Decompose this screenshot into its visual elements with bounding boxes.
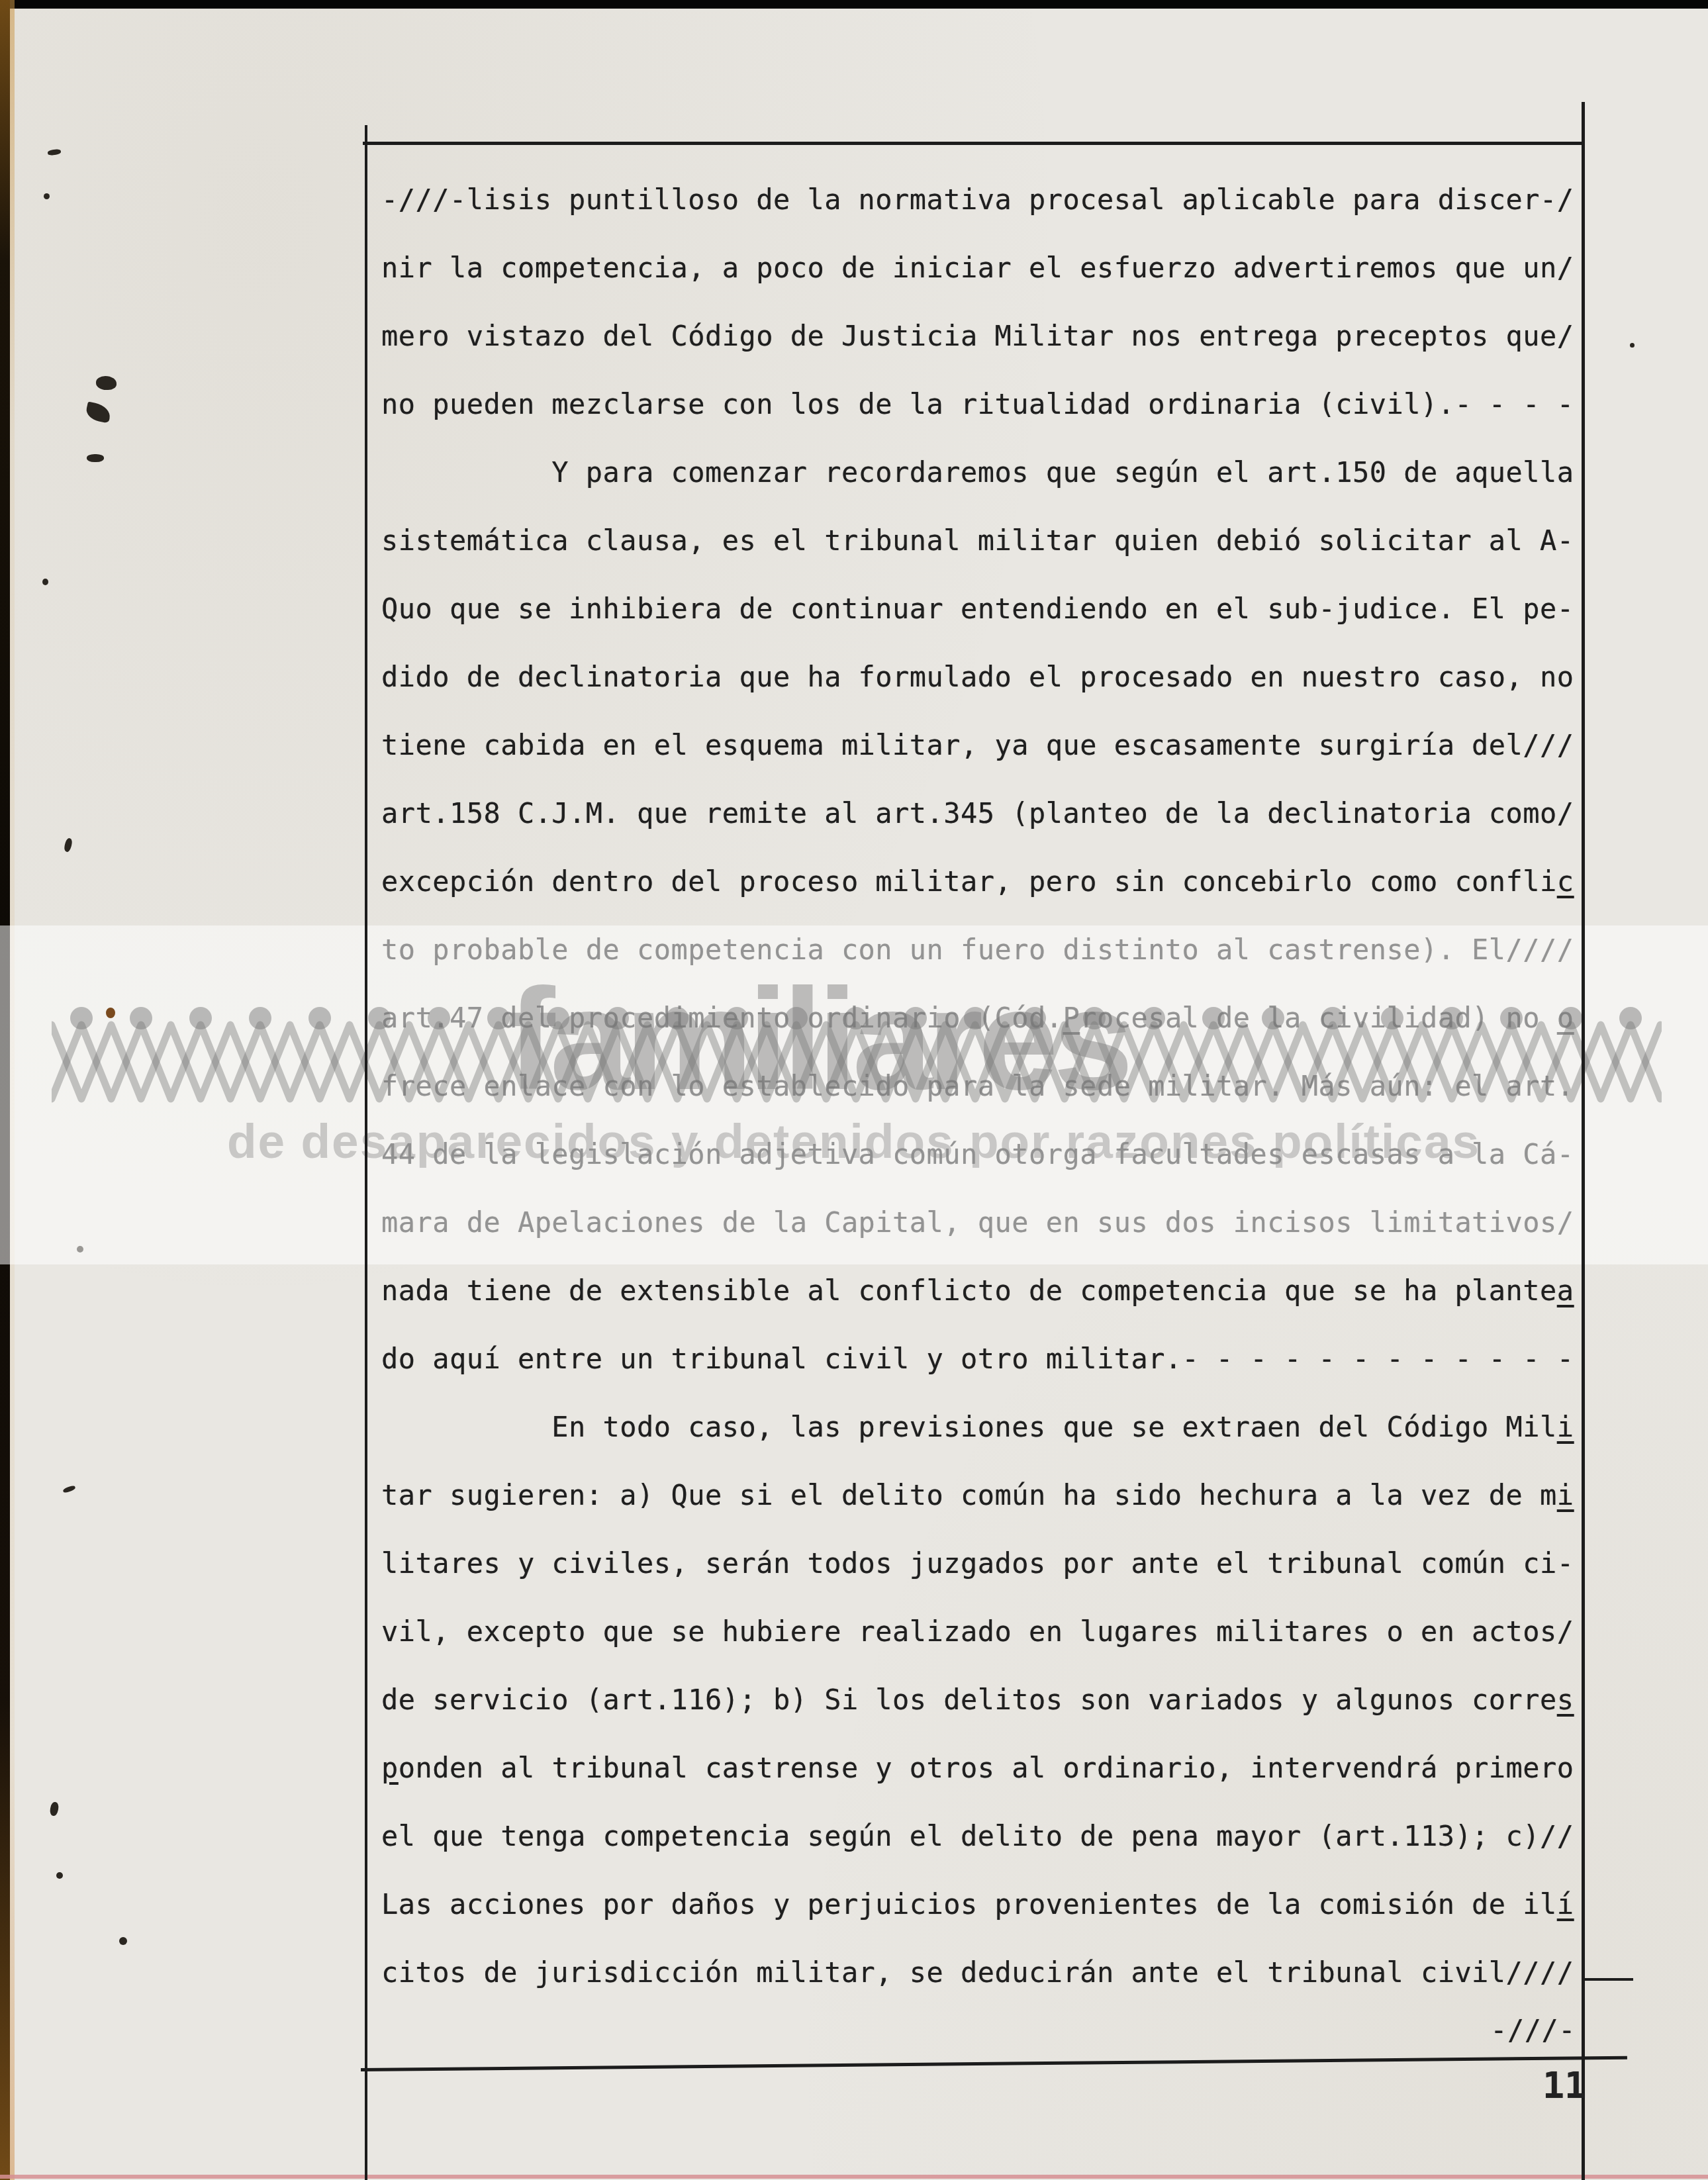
doll-head bbox=[1143, 1007, 1165, 1029]
text-line: Las acciones por daños y perjuicios prov… bbox=[381, 1889, 1574, 1920]
frame-top-rule bbox=[363, 142, 1585, 145]
doll-head bbox=[1381, 1007, 1403, 1029]
ink-speck bbox=[44, 193, 50, 199]
text-line: tiene cabida en el esquema militar, ya q… bbox=[381, 730, 1574, 761]
page-continuation-mark: -///- bbox=[1490, 2014, 1576, 2046]
text-line: excepción dentro del proceso militar, pe… bbox=[381, 866, 1574, 898]
doll-head bbox=[1202, 1007, 1225, 1029]
ink-speck bbox=[96, 376, 117, 390]
text-line: Y para comenzar recordaremos que según e… bbox=[381, 457, 1574, 489]
doll-head bbox=[308, 1007, 331, 1029]
doll-head bbox=[1500, 1007, 1523, 1029]
doll-head bbox=[368, 1007, 391, 1029]
ink-speck bbox=[87, 454, 104, 462]
text-line: dido de declinatoria que ha formulado el… bbox=[381, 661, 1574, 693]
frame-right-tick bbox=[1583, 1978, 1633, 1981]
doll-head bbox=[487, 1007, 510, 1029]
ink-speck bbox=[1630, 343, 1635, 348]
doll-head bbox=[249, 1007, 271, 1029]
ink-speck bbox=[56, 1872, 63, 1879]
text-line: vil, excepto que se hubiere realizado en… bbox=[381, 1616, 1574, 1648]
doll-head bbox=[189, 1007, 212, 1029]
doll-head bbox=[1560, 1007, 1582, 1029]
text-line: nir la competencia, a poco de iniciar el… bbox=[381, 252, 1574, 284]
text-line: En todo caso, las previsiones que se ext… bbox=[381, 1411, 1574, 1443]
watermark-title: familiares bbox=[507, 968, 1128, 1112]
scanned-typewritten-page: -///-lisis puntilloso de la normativa pr… bbox=[0, 0, 1708, 2180]
doll-head bbox=[428, 1007, 450, 1029]
doll-head bbox=[130, 1007, 152, 1029]
text-line: mero vistazo del Código de Justicia Mili… bbox=[381, 320, 1574, 352]
text-line: litares y civiles, serán todos juzgados … bbox=[381, 1548, 1574, 1580]
doll-head bbox=[1321, 1007, 1344, 1029]
text-line: art.158 C.J.M. que remite al art.345 (pl… bbox=[381, 798, 1574, 829]
text-line: citos de jurisdicción militar, se deduci… bbox=[381, 1957, 1574, 1989]
text-line: tar sugieren: a) Que si el delito común … bbox=[381, 1480, 1574, 1511]
doll-head bbox=[70, 1007, 93, 1029]
text-line: nada tiene de extensible al conflicto de… bbox=[381, 1275, 1574, 1307]
frame-right-rule bbox=[1582, 102, 1585, 2180]
watermark-subtitle: de desaparecidos y detenidos por razones… bbox=[227, 1117, 1480, 1166]
text-line: do aquí entre un tribunal civil y otro m… bbox=[381, 1343, 1574, 1375]
frame-left-rule bbox=[365, 125, 367, 2180]
text-line: Quo que se inhibiera de continuar entend… bbox=[381, 593, 1574, 625]
doll-head bbox=[1441, 1007, 1463, 1029]
text-line: el que tenga competencia según el delito… bbox=[381, 1821, 1574, 1852]
text-line: sistemática clausa, es el tribunal milit… bbox=[381, 525, 1574, 557]
ink-speck bbox=[42, 579, 48, 585]
text-line: no pueden mezclarse con los de la ritual… bbox=[381, 389, 1574, 420]
doll-head bbox=[1262, 1007, 1284, 1029]
doll-head bbox=[1619, 1007, 1642, 1029]
ink-speck bbox=[106, 1008, 115, 1018]
page-number: 11 bbox=[1542, 2064, 1586, 2107]
text-line: -///-lisis puntilloso de la normativa pr… bbox=[381, 184, 1574, 216]
text-line: ponden al tribunal castrense y otros al … bbox=[381, 1752, 1574, 1784]
text-line: de servicio (art.116); b) Si los delitos… bbox=[381, 1684, 1574, 1716]
ink-speck bbox=[119, 1937, 127, 1945]
